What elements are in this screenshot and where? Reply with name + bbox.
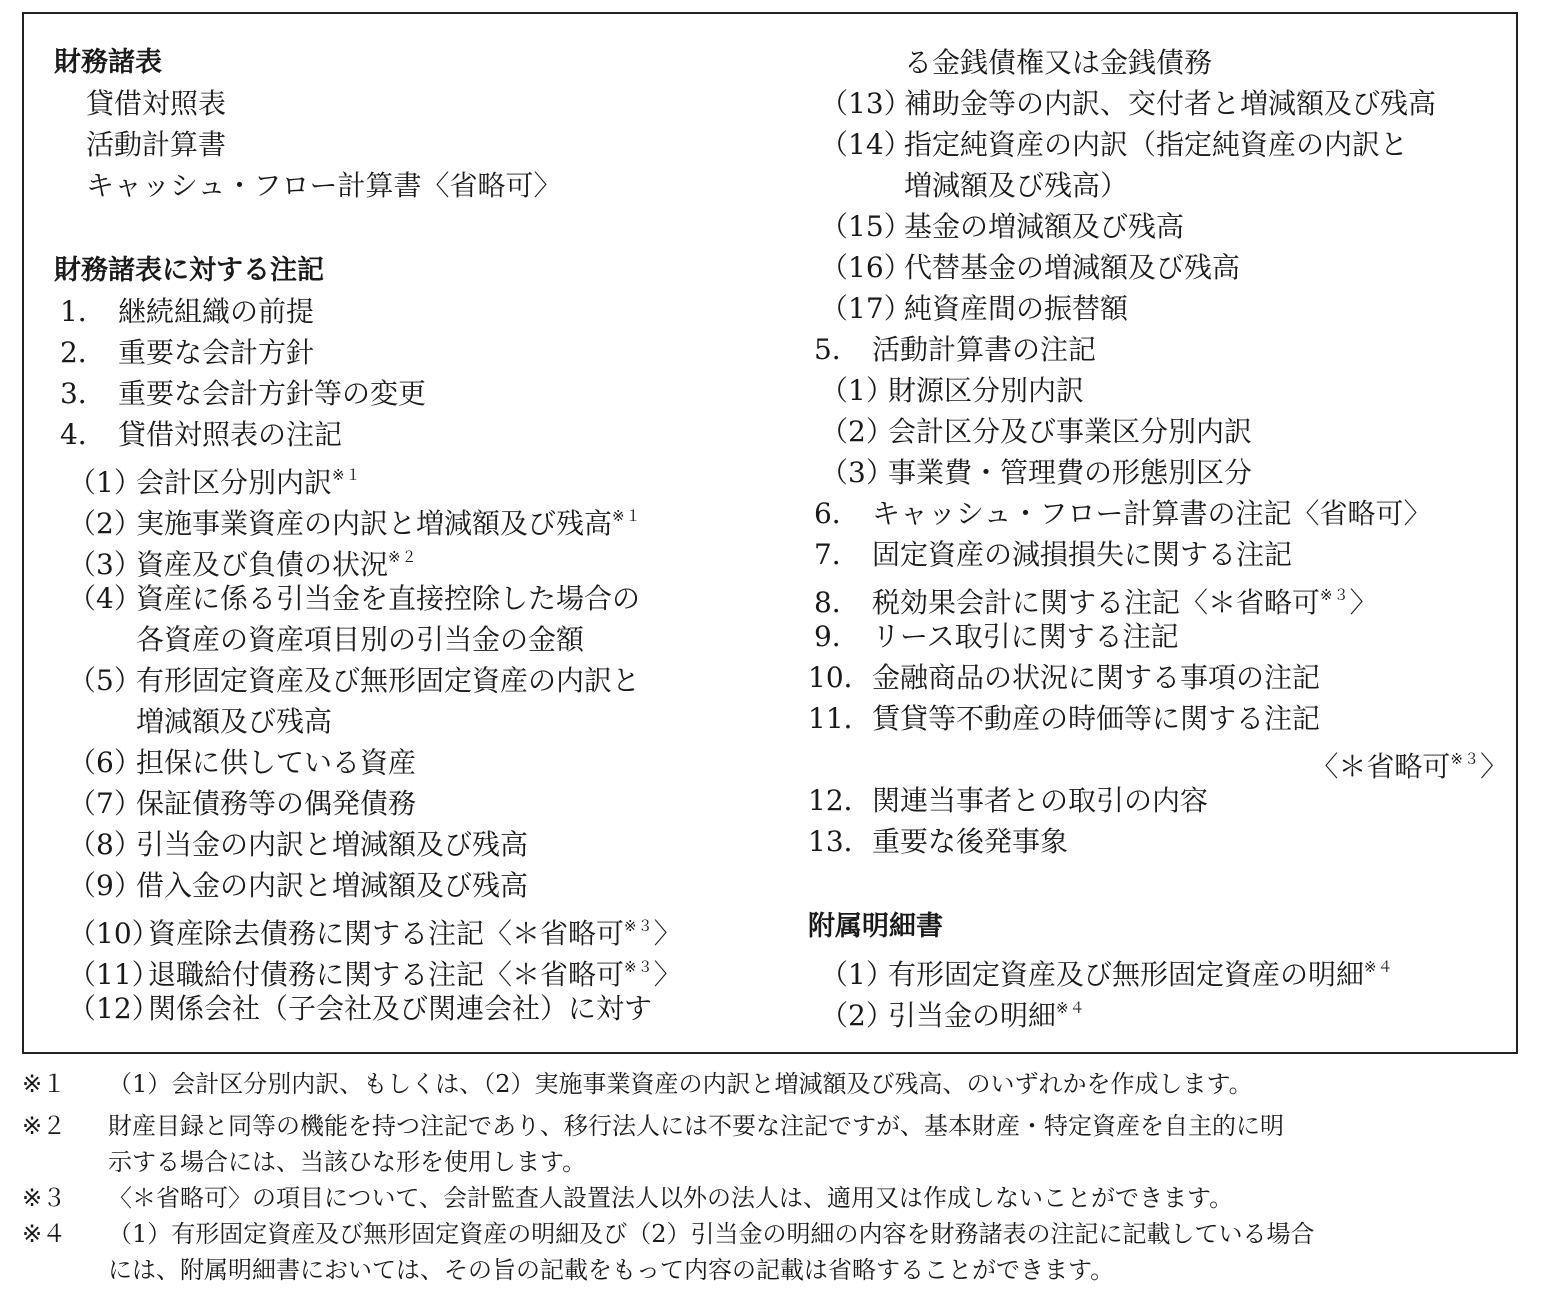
note-item-9: 9．リース取引に関する注記: [814, 616, 1179, 657]
footnote-ref: ※１: [332, 466, 362, 484]
heading-schedules: 附属明細書: [808, 906, 943, 947]
bs-item-16: （16）代替基金の増減額及び残高: [820, 247, 1240, 288]
bs-item-14-cont: 増減額及び残高）: [904, 165, 1128, 206]
bs-item-11: （11）退職給付債務に関する注記〈＊省略可※３〉: [68, 947, 682, 988]
note-item-12: 12．関連当事者との取引の内容: [808, 780, 1208, 821]
note-item-13: 13．重要な後発事象: [808, 821, 1068, 862]
bs-item-14: （14）指定純資産の内訳（指定純資産の内訳と: [820, 124, 1408, 165]
footnote-ref: ※２: [388, 548, 418, 566]
fs-item-balance-sheet: 貸借対照表: [86, 83, 226, 124]
note-item-2: 2．重要な会計方針: [60, 332, 314, 373]
fs-item-activity-statement: 活動計算書: [86, 124, 226, 165]
bs-item-10: （10）資産除去債務に関する注記〈＊省略可※３〉: [68, 906, 682, 947]
footnote-ref: ※１: [612, 507, 642, 525]
bs-item-3: （3）資産及び負債の状況※２: [68, 537, 418, 578]
note-item-10: 10．金融商品の状況に関する事項の注記: [808, 657, 1320, 698]
as-item-2: （2）会計区分及び事業区分別内訳: [820, 411, 1252, 452]
as-item-3: （3）事業費・管理費の形態別区分: [820, 452, 1252, 493]
footnote-ref: ※３: [624, 917, 654, 935]
bs-item-12: （12）関係会社（子会社及び関連会社）に対す: [68, 988, 652, 1029]
bs-item-4: （4）資産に係る引当金を直接控除した場合の: [68, 578, 640, 619]
note-item-4: 4．貸借対照表の注記: [60, 414, 342, 455]
footnote-ref: ※４: [1056, 999, 1086, 1017]
note-item-5: 5．活動計算書の注記: [814, 329, 1096, 370]
bs-item-6: （6）担保に供している資産: [68, 742, 416, 783]
bs-item-9: （9）借入金の内訳と増減額及び残高: [68, 865, 528, 906]
note-item-11-cont: 〈＊省略可※３〉: [1310, 739, 1508, 780]
bs-item-5-cont: 増減額及び残高: [136, 701, 332, 742]
bs-item-4-cont: 各資産の資産項目別の引当金の金額: [136, 619, 584, 660]
note-item-3: 3．重要な会計方針等の変更: [60, 373, 426, 414]
bs-item-15: （15）基金の増減額及び残高: [820, 206, 1184, 247]
schedule-item-1: （1）有形固定資産及び無形固定資産の明細※４: [820, 947, 1394, 988]
footnote-ref: ※３: [1450, 750, 1480, 768]
heading-notes: 財務諸表に対する注記: [54, 250, 324, 291]
bs-item-1: （1）会計区分別内訳※１: [68, 455, 362, 496]
note-item-7: 7．固定資産の減損損失に関する注記: [814, 534, 1292, 575]
footnote-ref: ※３: [1320, 586, 1350, 604]
note-item-1: 1．継続組織の前提: [60, 291, 314, 332]
bs-item-2: （2）実施事業資産の内訳と増減額及び残高※１: [68, 496, 642, 537]
bs-item-7: （7）保証債務等の偶発債務: [68, 783, 416, 824]
bs-item-13: （13）補助金等の内訳、交付者と増減額及び残高: [820, 83, 1436, 124]
footnote-ref: ※４: [1364, 958, 1394, 976]
document-box: 財務諸表 貸借対照表 活動計算書 キャッシュ・フロー計算書〈省略可〉 財務諸表に…: [22, 12, 1518, 1054]
fs-item-cash-flow: キャッシュ・フロー計算書〈省略可〉: [86, 165, 561, 206]
note-item-11: 11．賃貸等不動産の時価等に関する注記: [808, 698, 1320, 739]
heading-financial-statements: 財務諸表: [54, 42, 162, 83]
bs-item-12-cont: る金銭債権又は金銭債務: [904, 42, 1212, 83]
bs-item-5: （5）有形固定資産及び無形固定資産の内訳と: [68, 660, 640, 701]
footnote-ref: ※３: [624, 958, 654, 976]
as-item-1: （1）財源区分別内訳: [820, 370, 1084, 411]
note-item-6: 6．キャッシュ・フロー計算書の注記〈省略可〉: [814, 493, 1431, 534]
bs-item-17: （17）純資産間の振替額: [820, 288, 1128, 329]
schedule-item-2: （2）引当金の明細※４: [820, 988, 1086, 1029]
note-item-8: 8．税効果会計に関する注記〈＊省略可※３〉: [814, 575, 1378, 616]
bs-item-8: （8）引当金の内訳と増減額及び残高: [68, 824, 528, 865]
